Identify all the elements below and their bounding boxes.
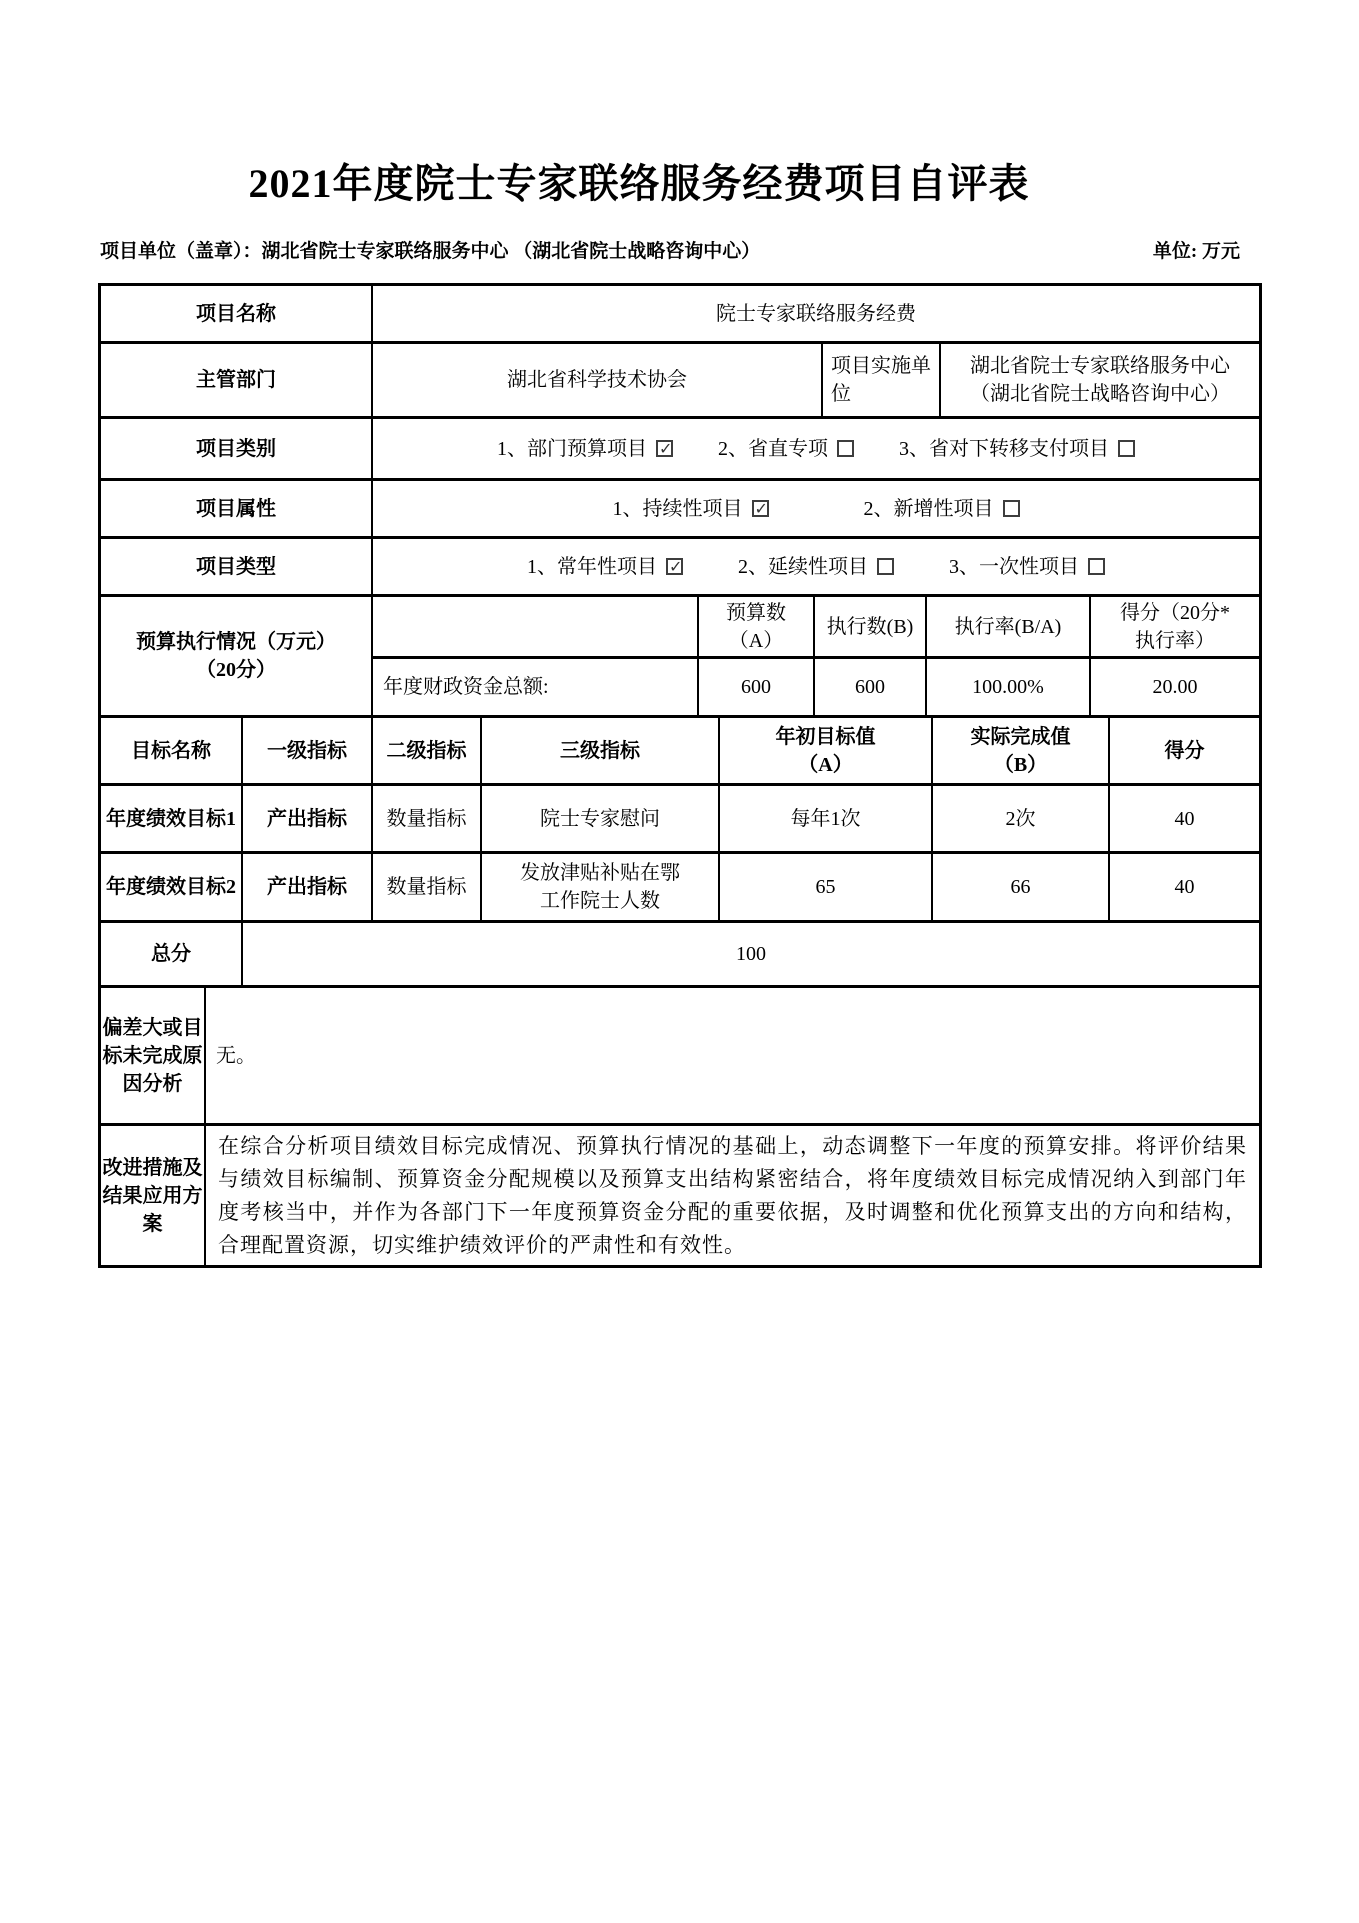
transfer-payment-checkbox-icon	[1118, 440, 1135, 457]
goal1-level1: 产出指标	[243, 786, 373, 851]
total-score-value: 100	[243, 923, 1259, 985]
budget-header-row: 预算数 （A） 执行数(B) 执行率(B/A) 得分（20分* 执行率）	[373, 597, 1259, 659]
option-dept-budget-text: 1、部门预算项目	[497, 435, 647, 463]
extended-checkbox-icon	[877, 558, 894, 575]
goal1-score: 40	[1110, 786, 1259, 851]
implementing-unit-value: 湖北省院士专家联络服务中心 （湖北省院士战略咨询中心）	[941, 344, 1259, 416]
option-one-time: 3、一次性项目	[949, 553, 1105, 581]
option-continuous-text: 1、持续性项目	[613, 495, 743, 523]
option-perennial-text: 1、常年性项目	[527, 553, 657, 581]
execution-rate-header: 执行率(B/A)	[927, 597, 1091, 656]
department-value: 湖北省科学技术协会	[373, 344, 823, 416]
goal2-score: 40	[1110, 854, 1259, 920]
option-new-text: 2、新增性项目	[864, 495, 994, 523]
deviation-analysis-value: 无。	[206, 988, 1259, 1123]
row-improvement-plan: 改进措施及结果应用方案 在综合分析项目绩效目标完成情况、预算执行情况的基础上，动…	[101, 1126, 1259, 1265]
execution-rate-value: 100.00%	[927, 659, 1091, 715]
deviation-analysis-label: 偏差大或目标未完成原因分析	[101, 988, 206, 1123]
row-goals-header: 目标名称 一级指标 二级指标 三级指标 年初目标值 （A） 实际完成值 （B） …	[101, 718, 1259, 786]
option-transfer-payment-text: 3、省对下转移支付项目	[899, 435, 1109, 463]
row-project-type: 项目类型 1、常年性项目 2、延续性项目 3、一次性项目	[101, 539, 1259, 597]
row-project-name: 项目名称 院士专家联络服务经费	[101, 286, 1259, 344]
budget-score-value: 20.00	[1091, 659, 1259, 715]
option-extended-text: 2、延续性项目	[738, 553, 868, 581]
one-time-checkbox-icon	[1088, 558, 1105, 575]
implementing-unit-label: 项目实施单位	[823, 344, 941, 416]
goal1-level3: 院士专家慰问	[482, 786, 720, 851]
page-title: 2021年度院士专家联络服务经费项目自评表	[60, 0, 1218, 205]
project-type-options: 1、常年性项目 2、延续性项目 3、一次性项目	[373, 539, 1259, 594]
initial-target-header: 年初目标值 （A）	[720, 718, 933, 783]
actual-completion-header: 实际完成值 （B）	[933, 718, 1110, 783]
goal1-actual: 2次	[933, 786, 1110, 851]
row-project-attribute: 项目属性 1、持续性项目 2、新增性项目	[101, 481, 1259, 539]
goal2-level3: 发放津贴补贴在鄂 工作院士人数	[482, 854, 720, 920]
option-dept-budget: 1、部门预算项目	[497, 435, 673, 463]
row-goal-1: 年度绩效目标1 产出指标 数量指标 院士专家慰问 每年1次 2次 40	[101, 786, 1259, 854]
improvement-plan-value: 在综合分析项目绩效目标完成情况、预算执行情况的基础上，动态调整下一年度的预算安排…	[206, 1126, 1259, 1265]
goal2-level2: 数量指标	[373, 854, 482, 920]
project-name-label: 项目名称	[101, 286, 373, 341]
option-new: 2、新增性项目	[864, 495, 1020, 523]
level1-indicator-header: 一级指标	[243, 718, 373, 783]
provincial-special-checkbox-icon	[837, 440, 854, 457]
project-category-label: 项目类别	[101, 419, 373, 478]
project-attribute-label: 项目属性	[101, 481, 373, 536]
project-attribute-options: 1、持续性项目 2、新增性项目	[373, 481, 1259, 536]
unit-line: 项目单位（盖章）：湖北省院士专家联络服务中心 （湖北省院士战略咨询中心） 单位:…	[100, 236, 1240, 263]
dept-budget-checkbox-icon	[656, 440, 673, 457]
option-extended: 2、延续性项目	[738, 553, 894, 581]
continuous-checkbox-icon	[752, 500, 769, 517]
budget-header-spacer	[373, 597, 699, 656]
budget-value-row: 年度财政资金总额: 600 600 100.00% 20.00	[373, 659, 1259, 715]
budget-amount-value: 600	[699, 659, 815, 715]
annual-fund-total-label: 年度财政资金总额:	[373, 659, 699, 715]
new-checkbox-icon	[1003, 500, 1020, 517]
score-header: 得分	[1110, 718, 1259, 783]
budget-execution-grid: 预算数 （A） 执行数(B) 执行率(B/A) 得分（20分* 执行率） 年度财…	[373, 597, 1259, 715]
goal1-name: 年度绩效目标1	[101, 786, 243, 851]
budget-amount-header: 预算数 （A）	[699, 597, 815, 656]
row-deviation-analysis: 偏差大或目标未完成原因分析 无。	[101, 988, 1259, 1126]
option-perennial: 1、常年性项目	[527, 553, 683, 581]
goal1-level2: 数量指标	[373, 786, 482, 851]
option-transfer-payment: 3、省对下转移支付项目	[899, 435, 1135, 463]
budget-score-header: 得分（20分* 执行率）	[1091, 597, 1259, 656]
row-budget-execution: 预算执行情况（万元） （20分） 预算数 （A） 执行数(B) 执行率(B/A)…	[101, 597, 1259, 718]
goal2-actual: 66	[933, 854, 1110, 920]
row-department: 主管部门 湖北省科学技术协会 项目实施单位 湖北省院士专家联络服务中心 （湖北省…	[101, 344, 1259, 419]
goal-name-header: 目标名称	[101, 718, 243, 783]
level2-indicator-header: 二级指标	[373, 718, 482, 783]
budget-execution-label: 预算执行情况（万元） （20分）	[101, 597, 373, 715]
execution-amount-value: 600	[815, 659, 927, 715]
option-one-time-text: 3、一次性项目	[949, 553, 1079, 581]
department-label: 主管部门	[101, 344, 373, 416]
total-score-label: 总分	[101, 923, 243, 985]
row-goal-2: 年度绩效目标2 产出指标 数量指标 发放津贴补贴在鄂 工作院士人数 65 66 …	[101, 854, 1259, 923]
project-unit-seal-label: 项目单位（盖章）：湖北省院士专家联络服务中心 （湖北省院士战略咨询中心）	[100, 236, 760, 263]
row-total-score: 总分 100	[101, 923, 1259, 988]
goal1-target: 每年1次	[720, 786, 933, 851]
currency-unit-label: 单位: 万元	[1153, 236, 1240, 263]
row-project-category: 项目类别 1、部门预算项目 2、省直专项 3、省对下转移支付项目	[101, 419, 1259, 481]
goal2-target: 65	[720, 854, 933, 920]
improvement-plan-label: 改进措施及结果应用方案	[101, 1126, 206, 1265]
goal2-name: 年度绩效目标2	[101, 854, 243, 920]
goal2-level1: 产出指标	[243, 854, 373, 920]
project-type-label: 项目类型	[101, 539, 373, 594]
project-name-value: 院士专家联络服务经费	[373, 286, 1259, 341]
project-category-options: 1、部门预算项目 2、省直专项 3、省对下转移支付项目	[373, 419, 1259, 478]
level3-indicator-header: 三级指标	[482, 718, 720, 783]
option-provincial-special-text: 2、省直专项	[718, 435, 828, 463]
self-evaluation-table: 项目名称 院士专家联络服务经费 主管部门 湖北省科学技术协会 项目实施单位 湖北…	[98, 283, 1262, 1268]
execution-amount-header: 执行数(B)	[815, 597, 927, 656]
perennial-checkbox-icon	[666, 558, 683, 575]
option-provincial-special: 2、省直专项	[718, 435, 854, 463]
option-continuous: 1、持续性项目	[613, 495, 769, 523]
